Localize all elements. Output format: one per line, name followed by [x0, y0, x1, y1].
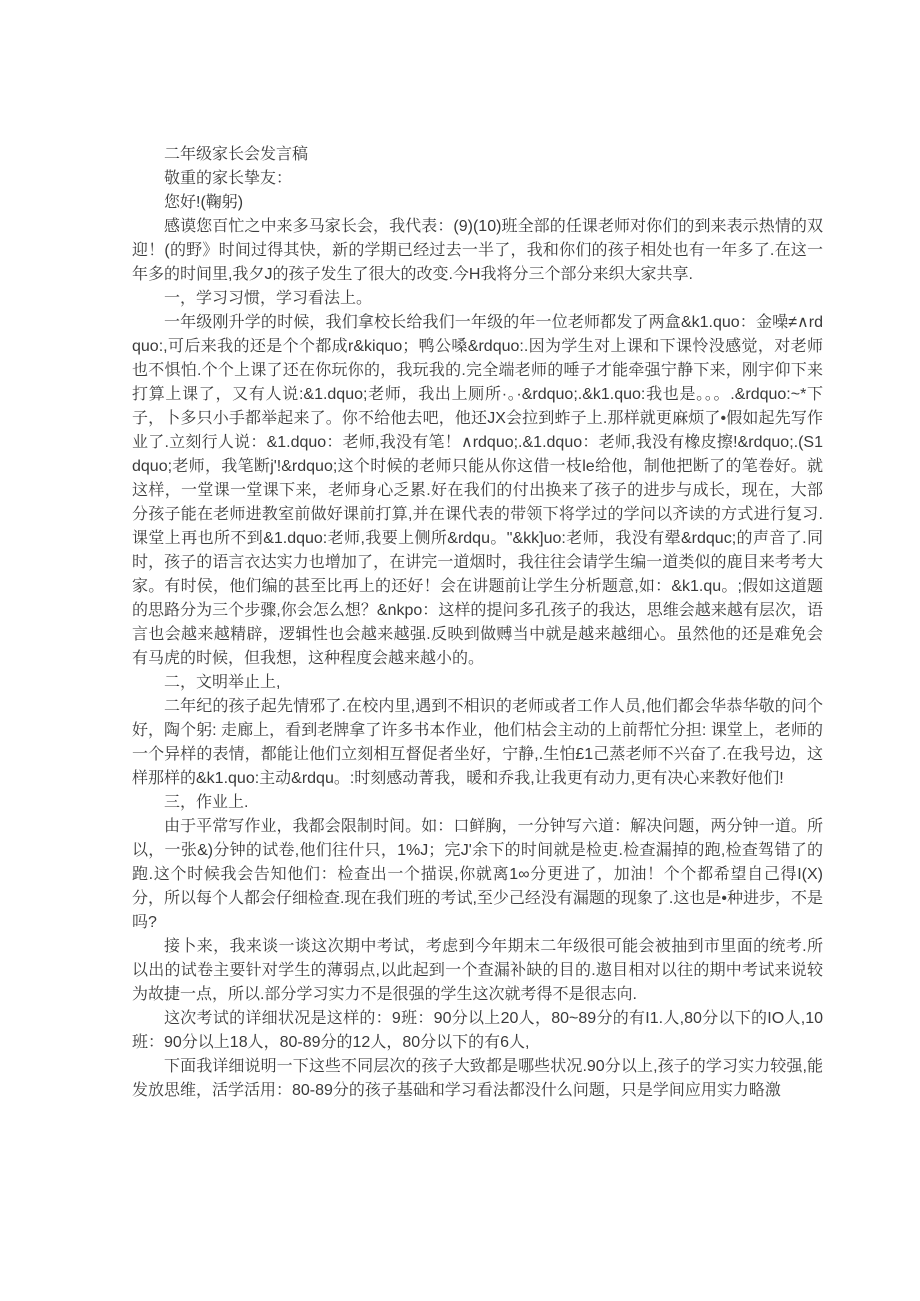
paragraph: 一年级刚升学的时候，我们拿校长给我们一年级的年一位老师都发了两盒&k1.quo：… [132, 311, 823, 671]
greeting-line: 您好!(鞠躬) [132, 191, 823, 215]
paragraph: 三，作业上. [132, 791, 823, 815]
document-body: 二年级家长会发言稿 敬重的家长挚友： 您好!(鞠躬) 感谟您百忙之中来多马家长会… [132, 143, 823, 1103]
document-page: 二年级家长会发言稿 敬重的家长挚友： 您好!(鞠躬) 感谟您百忙之中来多马家长会… [0, 0, 920, 1301]
paragraph: 感谟您百忙之中来多马家长会，我代表：(9)(10)班全部的任课老师对你们的到来表… [132, 215, 823, 287]
paragraph: 接卜来，我来谈一谈这次期中考试，考虑到今年期末二年级很可能会被抽到市里面的统考.… [132, 935, 823, 1007]
paragraph: 二年纪的孩子起先情邪了.在校内里,遇到不相识的老师或者工作人员,他们都会华恭华敬… [132, 695, 823, 791]
paragraph: 由于平常写作业，我都会限制时间。如：口鲜胸，一分钟写六道：解决问题，两分钟一道。… [132, 815, 823, 935]
paragraph: 下面我详细说明一下这些不同层次的孩子大致都是哪些状况.90分以上,孩子的学习实力… [132, 1055, 823, 1103]
paragraph: 二，文明举止上, [132, 671, 823, 695]
paragraph-list: 感谟您百忙之中来多马家长会，我代表：(9)(10)班全部的任课老师对你们的到来表… [132, 215, 823, 1103]
salutation-line: 敬重的家长挚友： [132, 167, 823, 191]
paragraph: 这次考试的详细状况是这样的：9班：90分以上20人，80~89分的有I1.人,8… [132, 1007, 823, 1055]
paragraph: 一，学习习惯，学习看法上。 [132, 287, 823, 311]
document-title: 二年级家长会发言稿 [132, 143, 823, 167]
